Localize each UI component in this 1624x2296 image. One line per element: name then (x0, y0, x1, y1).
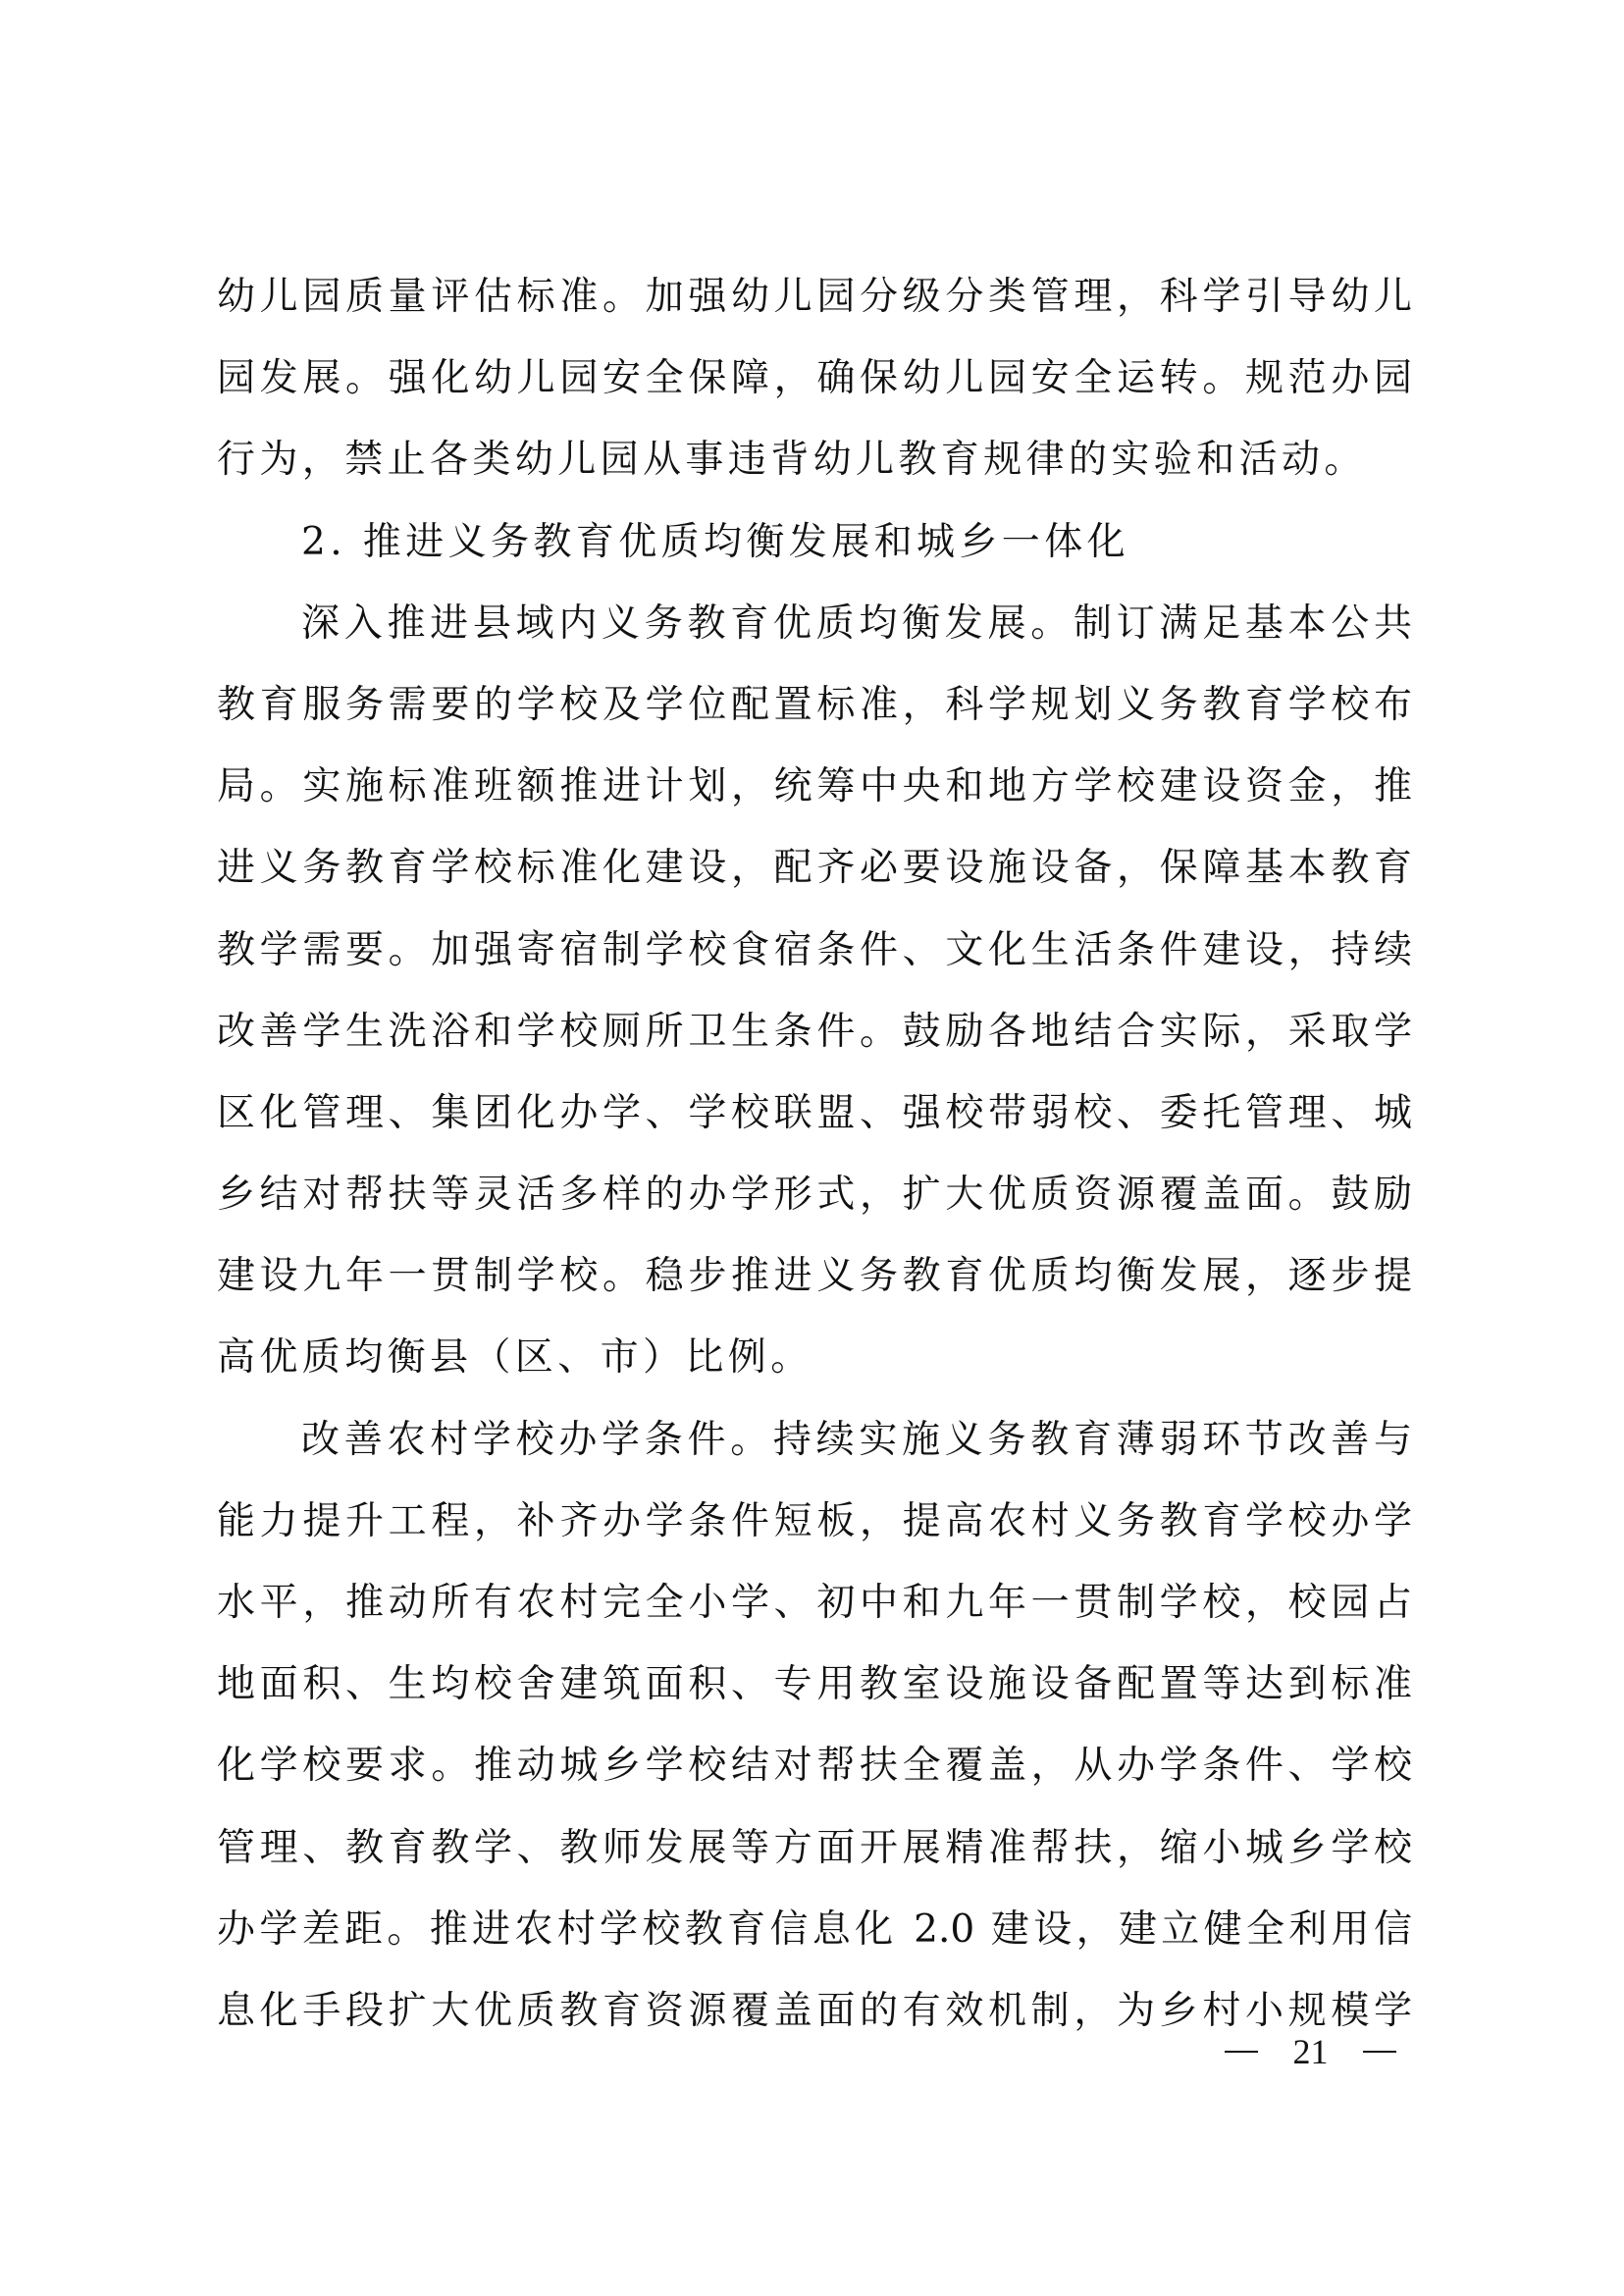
section-heading: 2. 推进义务教育优质均衡发展和城乡一体化 (217, 510, 1412, 592)
dash-left (1225, 2051, 1258, 2053)
dash-right (1363, 2051, 1396, 2053)
text-line: 园发展。强化幼儿园安全保障，确保幼儿园安全运转。规范办园 (217, 346, 1412, 428)
text-line: 地面积、生均校舍建筑面积、专用教室设施设备配置等达到标准 (217, 1652, 1412, 1734)
text-line: 能力提升工程，补齐办学条件短板，提高农村义务教育学校办学 (217, 1489, 1412, 1571)
body-text: 幼儿园质量评估标准。加强幼儿园分级分类管理，科学引导幼儿 园发展。强化幼儿园安全… (217, 265, 1412, 2061)
text-line: 改善学生洗浴和学校厕所卫生条件。鼓励各地结合实际，采取学 (217, 1000, 1412, 1081)
text-line: 化学校要求。推动城乡学校结对帮扶全覆盖，从办学条件、学校 (217, 1734, 1412, 1815)
text-line: 水平，推动所有农村完全小学、初中和九年一贯制学校，校园占 (217, 1571, 1412, 1652)
paragraph-first-line: 深入推进县域内义务教育优质均衡发展。制订满足基本公共 (217, 592, 1412, 673)
text-line: 局。实施标准班额推进计划，统筹中央和地方学校建设资金，推 (217, 755, 1412, 836)
text-line: 行为，禁止各类幼儿园从事违背幼儿教育规律的实验和活动。 (217, 428, 1412, 509)
text-line: 高优质均衡县（区、市）比例。 (217, 1326, 1412, 1407)
text-line: 建设九年一贯制学校。稳步推进义务教育优质均衡发展，逐步提 (217, 1244, 1412, 1326)
text-line: 幼儿园质量评估标准。加强幼儿园分级分类管理，科学引导幼儿 (217, 265, 1412, 346)
paragraph-first-line: 改善农村学校办学条件。持续实施义务教育薄弱环节改善与 (217, 1408, 1412, 1489)
document-page: 幼儿园质量评估标准。加强幼儿园分级分类管理，科学引导幼儿 园发展。强化幼儿园安全… (0, 0, 1624, 2296)
text-line: 办学差距。推进农村学校教育信息化 2.0 建设，建立健全利用信 (217, 1898, 1412, 1979)
page-number: 21 (1225, 2031, 1396, 2072)
text-line: 区化管理、集团化办学、学校联盟、强校带弱校、委托管理、城 (217, 1081, 1412, 1163)
text-line: 乡结对帮扶等灵活多样的办学形式，扩大优质资源覆盖面。鼓励 (217, 1163, 1412, 1244)
page-number-value: 21 (1293, 2031, 1329, 2072)
text-line: 进义务教育学校标准化建设，配齐必要设施设备，保障基本教育 (217, 836, 1412, 917)
text-line: 教育服务需要的学校及学位配置标准，科学规划义务教育学校布 (217, 673, 1412, 755)
text-line: 教学需要。加强寄宿制学校食宿条件、文化生活条件建设，持续 (217, 918, 1412, 1000)
text-line: 管理、教育教学、教师发展等方面开展精准帮扶，缩小城乡学校 (217, 1816, 1412, 1898)
